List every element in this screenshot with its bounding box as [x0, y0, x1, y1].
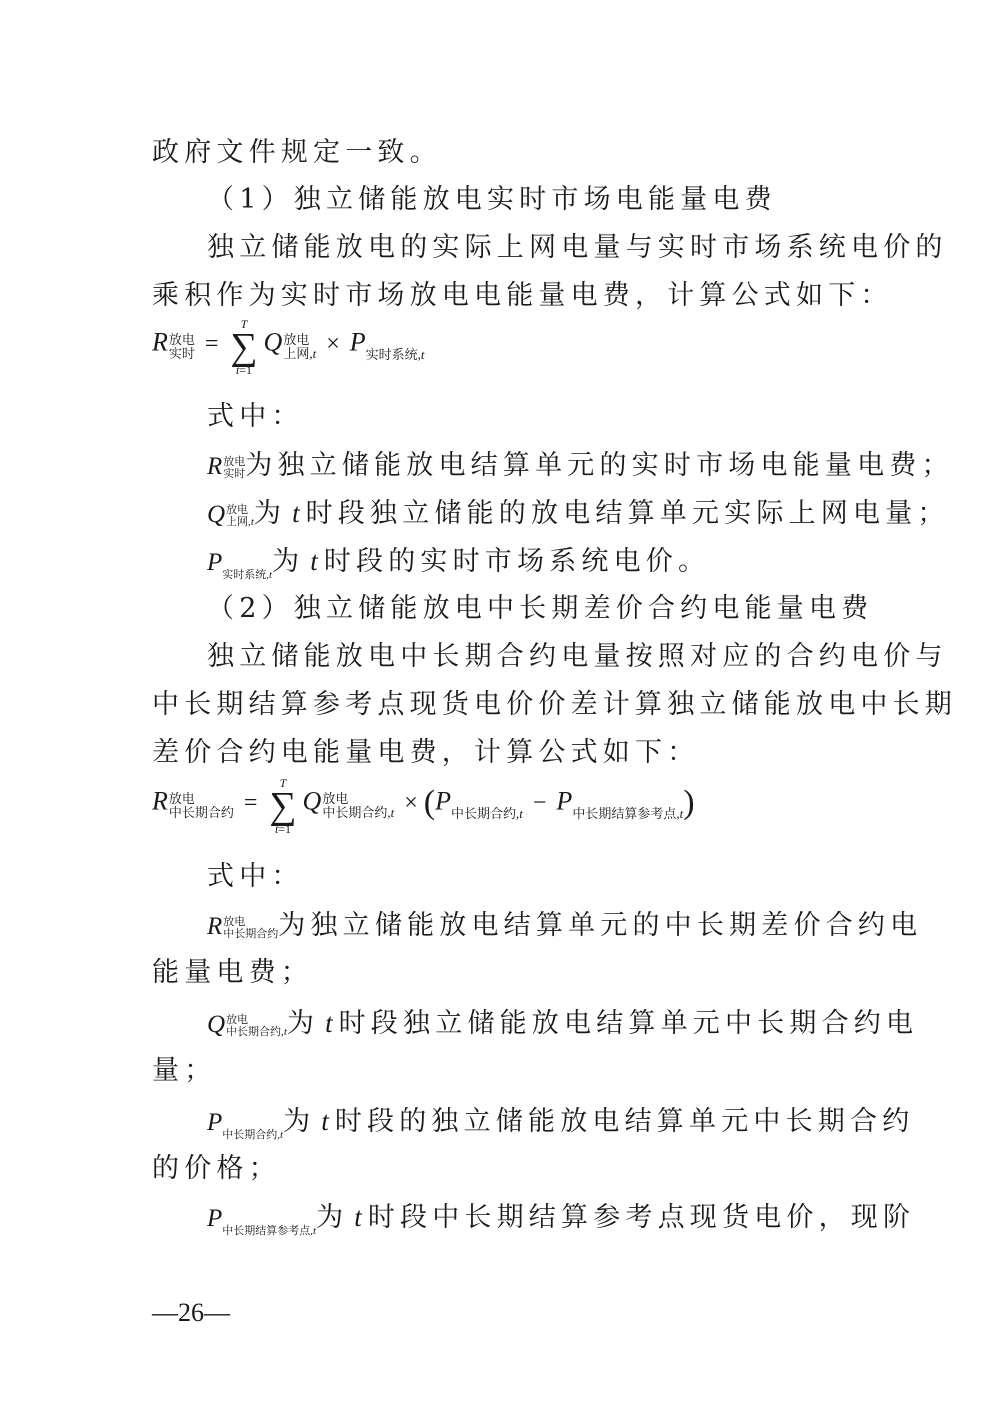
formula-var-R: R: [152, 328, 168, 357]
where-label-1: 式中：: [207, 400, 304, 434]
formula-var-P: P: [350, 328, 366, 357]
minus-sign: −: [533, 790, 547, 816]
formula-var-Q: Q: [264, 328, 283, 357]
definition-P-realtime: P实时系统,t为t时段的实时市场系统电价。: [207, 544, 710, 584]
paragraph-2-line-3: 差价合约电能量电费，计算公式如下：: [152, 736, 699, 770]
paragraph-1-line-2: 乘积作为实时市场放电电能量电费，计算公式如下：: [152, 279, 893, 313]
definition-Q-midlong: Q放电中长期合约,t为t时段独立储能放电结算单元中长期合约电: [207, 1006, 918, 1042]
section-heading-1: （1）独立储能放电实时市场电能量电费: [207, 183, 777, 217]
definition-P-midlong-contract: P中长期合约,t为t时段的独立储能放电结算单元中长期合约: [207, 1104, 914, 1144]
sigma-icon: ∑: [230, 330, 257, 364]
paragraph-continuation: 政府文件规定一致。: [152, 136, 442, 170]
formula-realtime-fee: R放电实时 = T∑t=1 Q放电上网,t × P实时系统,t: [152, 318, 425, 376]
times-sign: ×: [404, 790, 418, 816]
definition-R-midlong: R放电中长期合约为独立储能放电结算单元的中长期差价合约电: [207, 908, 922, 944]
where-label-2: 式中：: [207, 860, 304, 894]
sub-realtime: 实时: [169, 347, 195, 361]
paragraph-2-line-2: 中长期结算参考点现货电价价差计算独立储能放电中长期: [152, 688, 957, 722]
section-heading-2: （2）独立储能放电中长期差价合约电能量电费: [207, 592, 873, 626]
equals-sign: =: [205, 331, 219, 357]
definition-R-realtime: R放电实时为独立储能放电结算单元的实时市场电能量电费；: [207, 448, 954, 484]
equals-sign: =: [244, 790, 258, 816]
paragraph-1-line-1: 独立储能放电的实际上网电量与实时市场系统电价的: [207, 231, 948, 265]
definition-Q-midlong-cont: 量；: [152, 1054, 216, 1088]
summation: T∑t=1: [269, 777, 296, 835]
sigma-icon: ∑: [269, 789, 296, 823]
sup-discharge: 放电: [169, 333, 195, 347]
times-sign: ×: [326, 331, 340, 357]
formula-midlong-contract-fee: R放电中长期合约 = T∑t=1 Q放电中长期合约,t ×(P中长期合约,t −…: [152, 777, 695, 835]
definition-R-midlong-cont: 能量电费；: [152, 956, 313, 990]
page-number: —26—: [152, 1298, 230, 1328]
definition-Q-grid: Q放电上网,t为t时段独立储能的放电结算单元实际上网电量；: [207, 496, 950, 532]
definition-P-reference-point: P中长期结算参考点,t为t时段中长期结算参考点现货电价，现阶: [207, 1200, 915, 1240]
definition-P-midlong-contract-cont: 的价格；: [152, 1152, 281, 1186]
paragraph-2-line-1: 独立储能放电中长期合约电量按照对应的合约电价与: [207, 640, 948, 674]
summation: T∑t=1: [230, 318, 257, 376]
